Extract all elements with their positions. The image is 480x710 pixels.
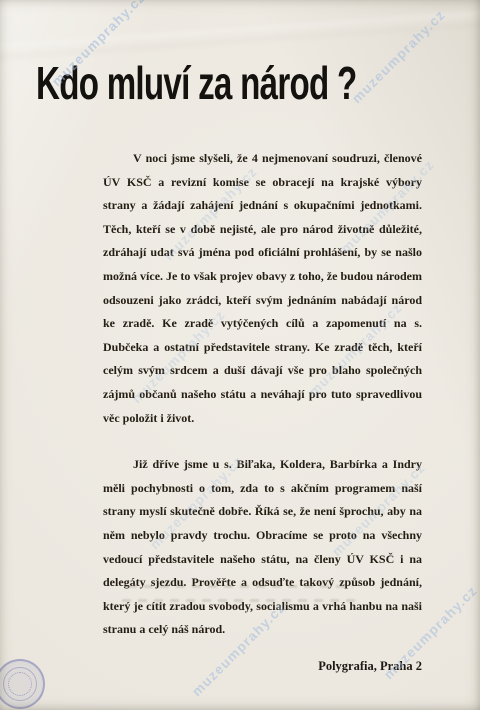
circular-ink-stamp-icon bbox=[0, 659, 45, 709]
printer-imprint: Polygrafia, Praha 2 bbox=[103, 655, 422, 679]
paper-crease bbox=[0, 6, 480, 61]
scanned-poster-page: Kdo mluví za národ ? V noci jsme slyšeli… bbox=[0, 0, 480, 710]
poster-title: Kdo mluví za národ ? bbox=[36, 60, 357, 106]
poster-body: V noci jsme slyšeli, že 4 nejmenovaní so… bbox=[103, 147, 422, 678]
watermark-text: muzeumprahy.cz bbox=[349, 7, 448, 106]
paragraph-1: V noci jsme slyšeli, že 4 nejmenovaní so… bbox=[103, 147, 422, 430]
paragraph-2: Již dříve jsme u s. Biľaka, Koldera, Bar… bbox=[103, 453, 422, 642]
